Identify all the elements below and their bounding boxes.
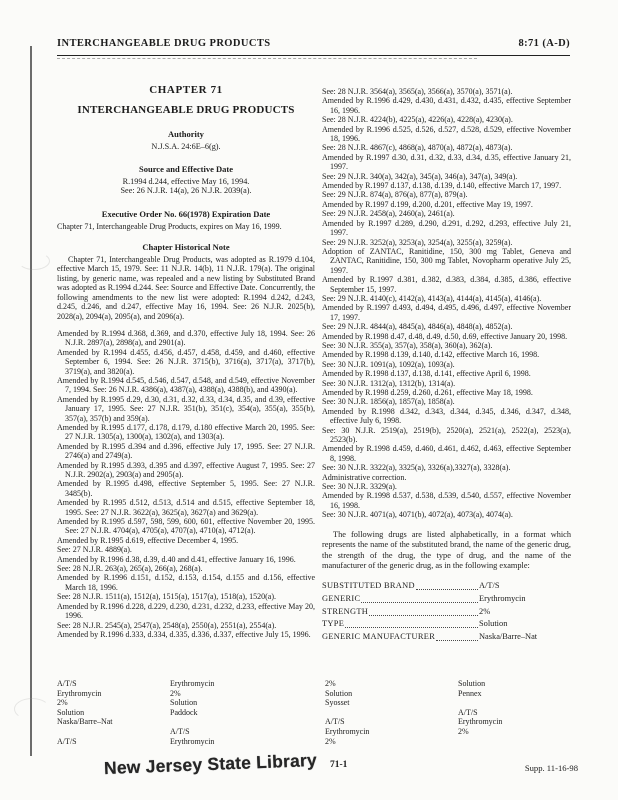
running-header: INTERCHANGEABLE DRUG PRODUCTS 8:71 (A-D) [57,38,570,49]
amendment-entry: Amended by R.1996 d.38, d.39, d.40 and d… [57,555,315,564]
drug-column-4: SolutionPennexA/T/SErythromycin2% [458,679,563,737]
amendment-entry: Amended by R.1995 d.394 and d.396, effec… [57,442,315,461]
amendment-entry: See: 30 N.J.R. 2519(a), 2519(b), 2520(a)… [322,426,571,445]
amendment-entry: Amended by R.1995 d.597, 598, 599, 600, … [57,517,315,536]
drug-line: Erythromycin [57,689,162,699]
drug-line: Pennex [458,689,563,699]
amendment-entry: Amended by R.1994 d.455, d.456, d.457, d… [57,348,315,376]
amendment-entry: See: 28 N.J.R. 1511(a), 1512(a), 1515(a)… [57,592,315,601]
drug-line: Erythromycin [170,737,275,747]
amendment-entry: Amended by R.1996 d.525, d.526, d.527, d… [322,125,571,144]
amendment-entry: Amended by R.1998 d.137, d.138, d.141, e… [322,369,571,378]
header-section-code: 8:71 (A-D) [518,38,570,49]
amendment-entry: Amended by R.1998 d.459, d.460, d.461, d… [322,444,571,463]
drug-line: 2% [325,679,430,689]
listing-intro-paragraph: The following drugs are listed alphabeti… [322,530,571,572]
example-format-block: SUBSTITUTED BRAND A/T/S GENERIC Erythrom… [322,580,571,643]
amendment-entry: See: 29 N.J.R. 4844(a), 4845(a), 4846(a)… [322,322,571,331]
amendment-list-right: See: 28 N.J.R. 3564(a), 3565(a), 3566(a)… [322,87,571,520]
amendment-list-left: Amended by R.1994 d.368, d.369, and d.37… [57,329,315,639]
amendment-entry: Amended by R.1998 d.259, d.260, d.261, e… [322,388,571,397]
example-label: TYPE [322,618,344,631]
example-label: STRENGTH [322,606,368,619]
drug-line: A/T/S [57,679,162,689]
example-value: A/T/S [479,580,571,593]
example-value: Naska/Barre–Nat [479,631,571,644]
amendment-entry: See: 30 N.J.R. 1312(a), 1312(b), 1314(a)… [322,379,571,388]
page-number: 71-1 [330,760,347,770]
source-line: See: 26 N.J.R. 14(a), 26 N.J.R. 2039(a). [57,186,315,195]
chapter-number-heading: CHAPTER 71 [57,86,315,95]
amendment-entry: See: 30 N.J.R. 1091(a), 1092(a), 1093(a)… [322,360,571,369]
dotted-leader [436,640,478,641]
drug-line: A/T/S [325,717,430,727]
source-heading: Source and Effective Date [57,165,315,174]
amendment-entry: Administrative correction. [322,473,571,482]
amendment-entry: See: 30 N.J.R. 4071(a), 4071(b), 4072(a)… [322,510,571,519]
expiration-text: Chapter 71, Interchangeable Drug Product… [57,222,315,231]
dotted-leader [345,627,478,628]
authority-text: N.J.S.A. 24:6E–6(g). [57,142,315,151]
example-label: SUBSTITUTED BRAND [322,580,415,593]
drug-column-3: 2%SolutionSyossetA/T/SErythromycin2% [325,679,430,746]
drug-line: 2% [325,737,430,747]
example-row: SUBSTITUTED BRAND A/T/S [322,580,571,593]
drug-line: 2% [170,689,275,699]
example-row: GENERIC Erythromycin [322,593,571,606]
supplement-date: Supp. 11-16-98 [525,763,578,773]
amendment-entry: See: 28 N.J.R. 4867(c), 4868(a), 4870(a)… [322,143,571,152]
amendment-entry: Amended by R.1997 d.30, d.31, d.32, d.33… [322,153,571,172]
amendment-entry: See: 29 N.J.R. 874(a), 876(a), 877(a), 8… [322,190,571,199]
drug-line: 2% [57,698,162,708]
amendment-entry: Amended by R.1996 d.429, d.430, d.431, d… [322,96,571,115]
amendment-entry: See: 28 N.J.R. 3564(a), 3565(a), 3566(a)… [322,87,571,96]
amendment-entry: See: 28 N.J.R. 4224(b), 4225(a), 4226(a)… [322,115,571,124]
scan-artifact [14,698,50,720]
amendment-entry: Amended by R.1997 d.381, d.382, d.383, d… [322,275,571,294]
drug-line [458,698,563,708]
amendment-entry: Amended by R.1995 d.393, d.395 and d.397… [57,461,315,480]
amendment-entry: See: 30 N.J.R. 355(a), 357(a), 358(a), 3… [322,341,571,350]
drug-line: Paddock [170,708,275,718]
drug-line [325,708,430,718]
example-row: GENERIC MANUFACTURER Naska/Barre–Nat [322,631,571,644]
header-rule [57,55,570,56]
amendment-entry: See: 27 N.J.R. 4889(a). [57,545,315,554]
drug-line: Solution [170,698,275,708]
amendment-entry: Amended by R.1996 d.228, d.229, d.230, d… [57,602,315,621]
dotted-leader [416,589,478,590]
drug-line: A/T/S [458,708,563,718]
example-row: STRENGTH 2% [322,606,571,619]
amendment-entry: See: 29 N.J.R. 4140(c), 4142(a), 4143(a)… [322,294,571,303]
amendment-entry: Amended by R.1995 d.512, d.513, d.514 an… [57,498,315,517]
amendment-entry: Amended by R.1994 d.545, d.546, d.547, d… [57,376,315,395]
amendment-entry: Amended by R.1998 d.47, d.48, d.49, d.50… [322,332,571,341]
amendment-entry: Amended by R.1995 d.177, d.178, d.179, d… [57,423,315,442]
drug-column-1: A/T/SErythromycin2%SolutionNaska/Barre–N… [57,679,162,746]
drug-line: Solution [458,679,563,689]
example-value: Solution [479,618,571,631]
drug-line: A/T/S [170,727,275,737]
amendment-entry: See: 29 N.J.R. 3252(a), 3253(a), 3254(a)… [322,238,571,247]
drug-column-2: Erythromycin2%SolutionPaddockA/T/SErythr… [170,679,275,746]
right-column: See: 28 N.J.R. 3564(a), 3565(a), 3566(a)… [322,84,571,643]
amendment-entry: See: 30 N.J.R. 3322(a), 3325(a), 3326(a)… [322,463,571,472]
example-label: GENERIC [322,593,360,606]
drug-line: Erythromycin [170,679,275,689]
amendment-entry: Amended by R.1998 d.139, d.140, d.142, e… [322,350,571,359]
drug-line: 2% [458,727,563,737]
example-row: TYPE Solution [322,618,571,631]
amendment-entry: See: 29 N.J.R. 2458(a), 2460(a), 2461(a)… [322,209,571,218]
amendment-entry: Amended by R.1997 d.289, d.290, d.291, d… [322,219,571,238]
amendment-entry: See: 30 N.J.R. 3329(a). [322,482,571,491]
chapter-title-heading: INTERCHANGEABLE DRUG PRODUCTS [57,106,315,115]
amendment-entry: Amended by R.1997 d.199, d.200, d.201, e… [322,200,571,209]
scan-artifact [18,252,50,270]
drug-line: Syosset [325,698,430,708]
amendment-entry: See: 29 N.J.R. 340(a), 342(a), 345(a), 3… [322,172,571,181]
drug-line: Solution [57,708,162,718]
drug-line [57,727,162,737]
left-column: CHAPTER 71 INTERCHANGEABLE DRUG PRODUCTS… [57,86,315,639]
dotted-leader [369,615,478,616]
drug-line: Solution [325,689,430,699]
header-title: INTERCHANGEABLE DRUG PRODUCTS [57,38,270,49]
amendment-entry: Amended by R.1996 d.151, d.152, d.153, d… [57,573,315,592]
drug-line: Erythromycin [325,727,430,737]
amendment-entry: See: 28 N.J.R. 2545(a), 2547(a), 2548(a)… [57,621,315,630]
header-rule-dashed [57,58,477,59]
library-stamp: New Jersey State Library [104,750,318,779]
amendment-entry: Amended by R.1995 d.619, effective Decem… [57,536,315,545]
amendment-entry: Amended by R.1997 d.493, d.494, d.495, d… [322,303,571,322]
amendment-entry: Amended by R.1995 d.498, effective Septe… [57,479,315,498]
example-label: GENERIC MANUFACTURER [322,631,435,644]
dotted-leader [361,602,478,603]
drug-line [170,717,275,727]
drug-line: Naska/Barre–Nat [57,717,162,727]
amendment-entry: See: 28 N.J.R. 263(a), 265(a), 266(a), 2… [57,564,315,573]
source-line: R.1994 d.244, effective May 16, 1994. [57,177,315,186]
historical-note-paragraph: Chapter 71, Interchangeable Drug Product… [57,255,315,321]
amendment-entry: Adoption of ZANTAC, Ranitidine, 150, 300… [322,247,571,275]
page: { "header": { "title": "INTERCHANGEABLE … [0,0,618,800]
authority-heading: Authority [57,130,315,139]
amendment-entry: Amended by R.1995 d.29, d.30, d.31, d.32… [57,395,315,423]
amendment-entry: Amended by R.1994 d.368, d.369, and d.37… [57,329,315,348]
drug-line: A/T/S [57,737,162,747]
amendment-entry: Amended by R.1998 d.342, d.343, d.344, d… [322,407,571,426]
amendment-entry: See: 30 N.J.R. 1856(a), 1857(a), 1858(a)… [322,397,571,406]
expiration-heading: Executive Order No. 66(1978) Expiration … [57,210,315,219]
drug-line: Erythromycin [458,717,563,727]
example-value: 2% [479,606,571,619]
amendment-entry: Amended by R.1996 d.333, d.334, d.335, d… [57,630,315,639]
left-binding-scan-line [30,46,32,756]
historical-note-heading: Chapter Historical Note [57,243,315,252]
example-value: Erythromycin [479,593,571,606]
amendment-entry: Amended by R.1997 d.137, d.138, d.139, d… [322,181,571,190]
amendment-entry: Amended by R.1998 d.537, d.538, d.539, d… [322,491,571,510]
